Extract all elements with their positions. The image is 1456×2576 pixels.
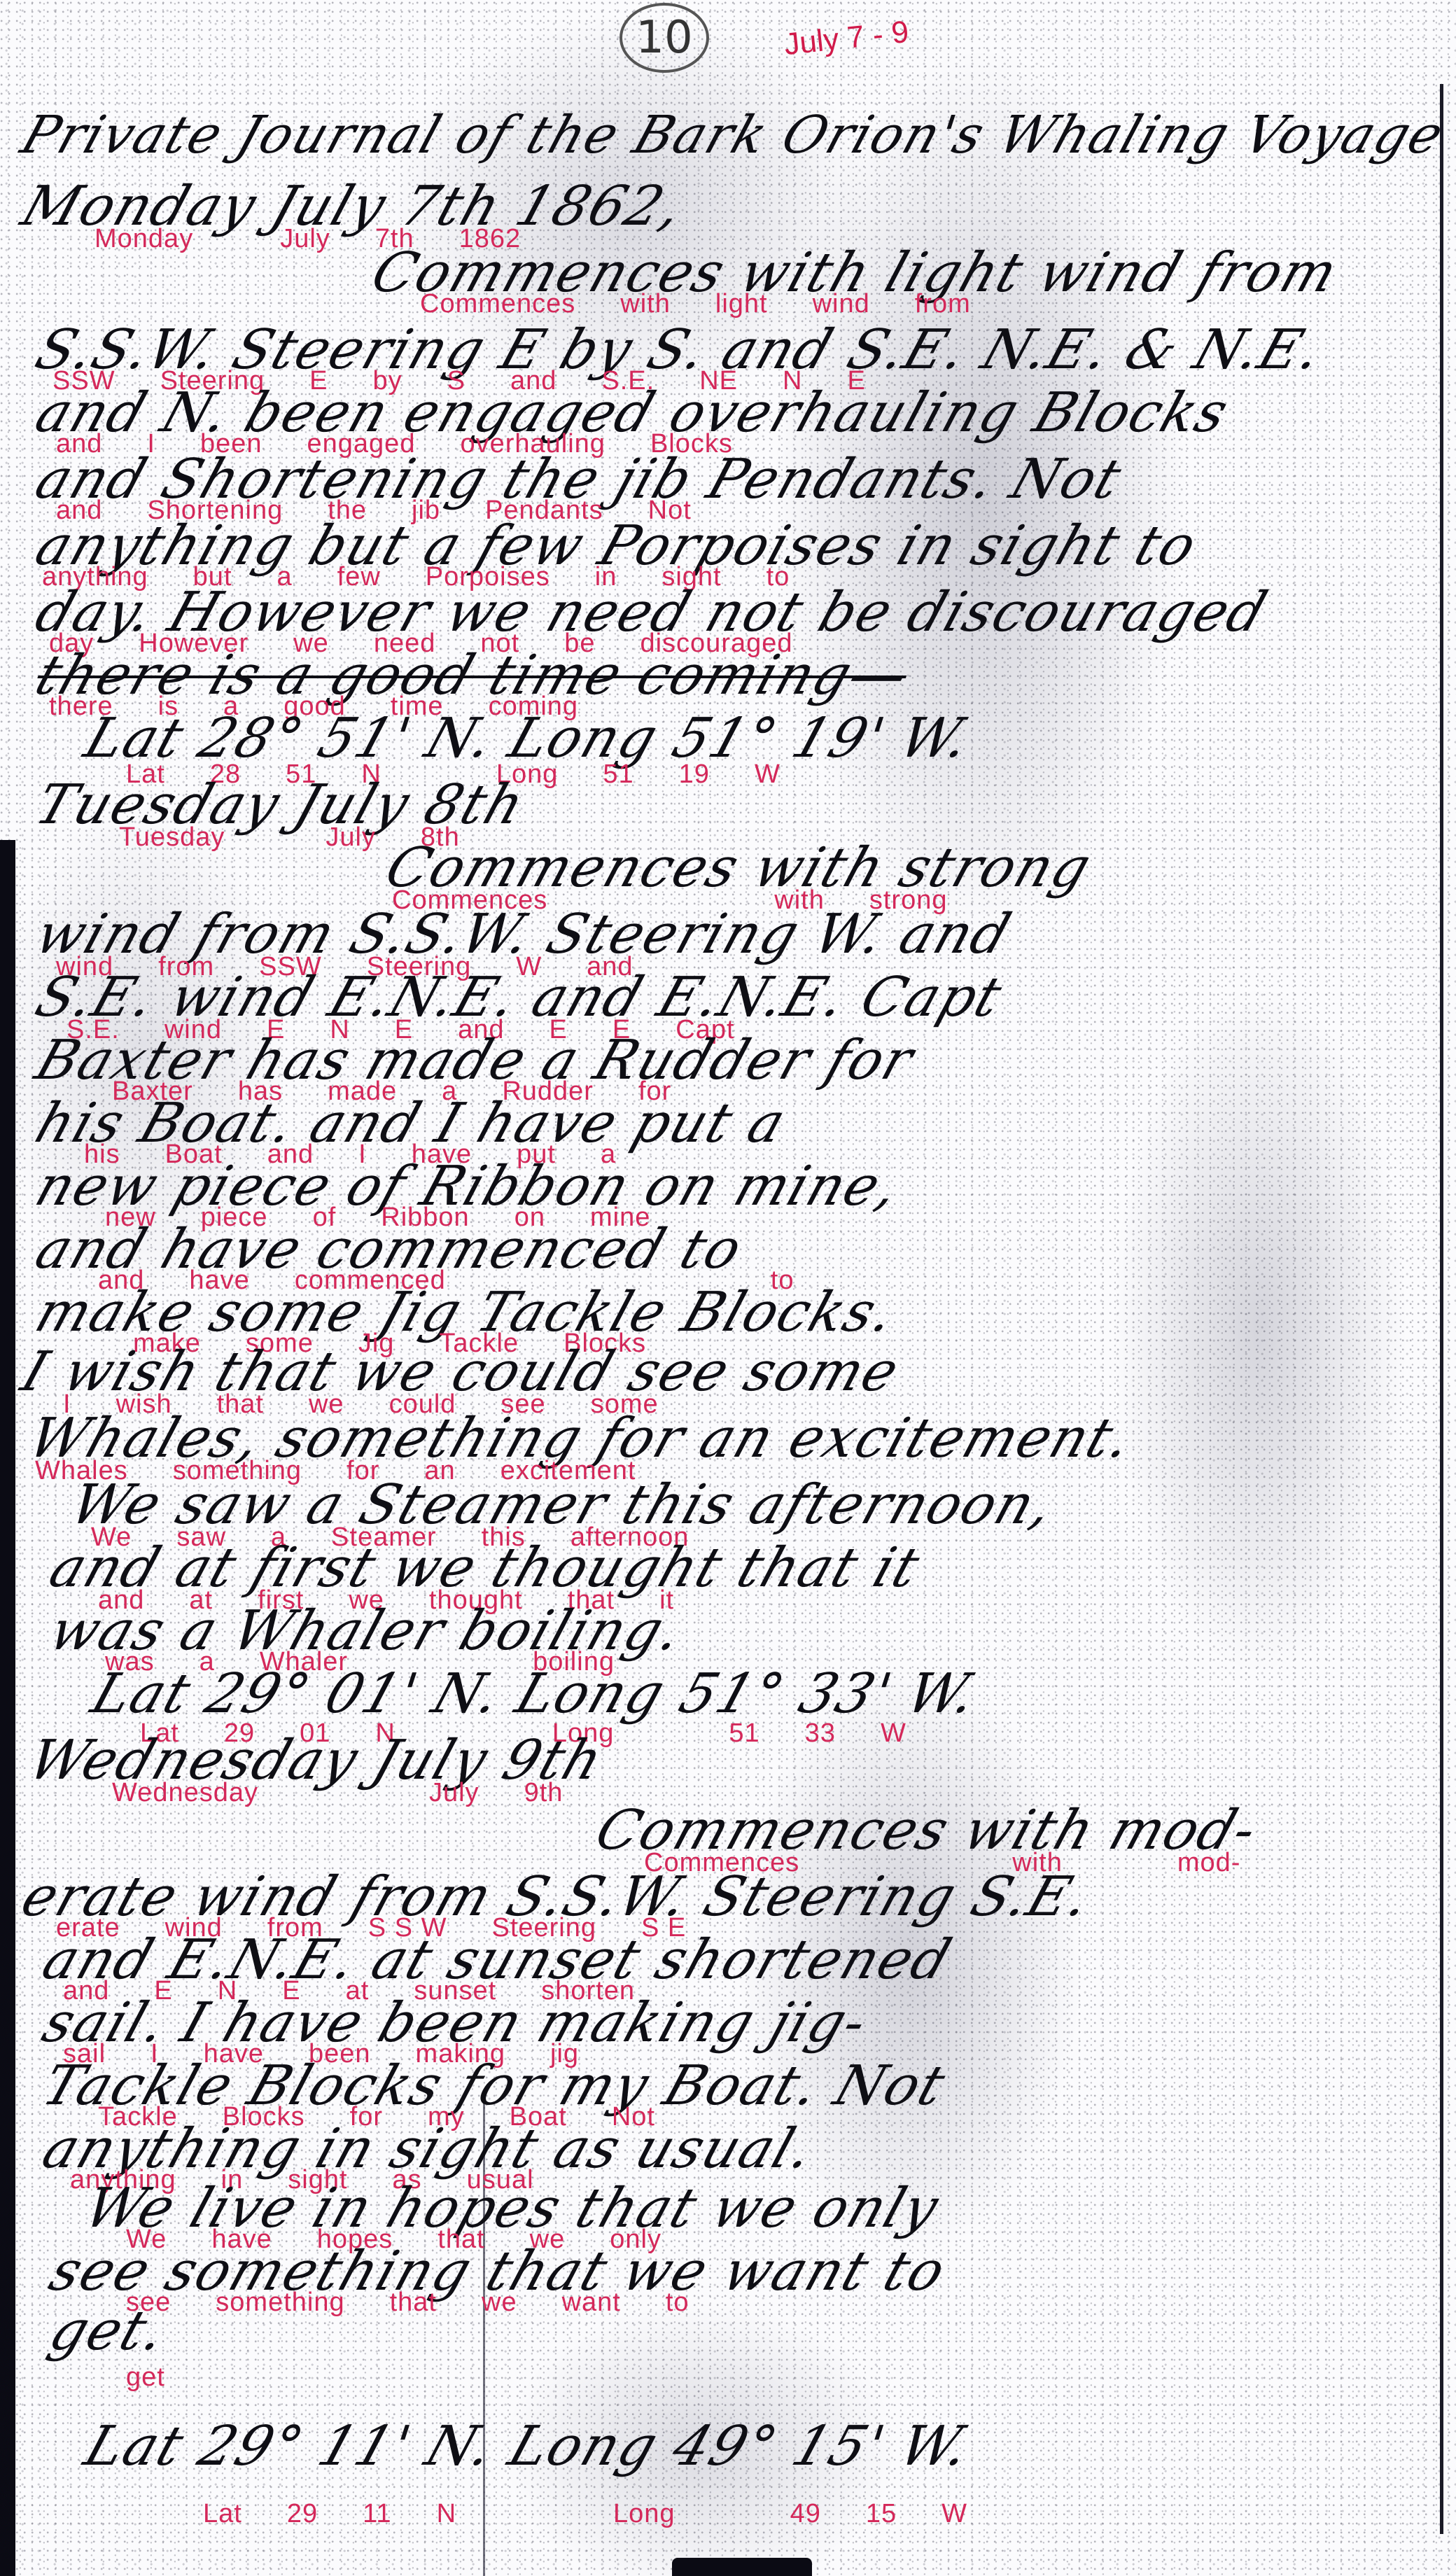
transcription-word: Tuesday xyxy=(119,822,225,853)
journal-title: Private Journal of the Bark Orion's Whal… xyxy=(14,105,1456,165)
transcription-word: 11 xyxy=(363,2499,391,2529)
date-transcription-wednesday: WednesdayJuly9th xyxy=(112,1778,608,1808)
page-number-stamp: 10 xyxy=(619,3,709,73)
transcription-word: that xyxy=(390,2288,437,2318)
lat-long: Lat 29° 01' N. Long 51° 33' W. xyxy=(84,1662,986,1725)
transcription-word: light xyxy=(715,289,768,319)
page-edge-left xyxy=(0,840,15,2576)
lat-long: Lat 29° 11' N. Long 49° 15' W. xyxy=(77,2415,979,2478)
transcription-word: 33 xyxy=(805,1718,836,1749)
transcription-word: 19 xyxy=(679,759,710,790)
manuscript-page: 10 July 7 - 9 Private Journal of the Bar… xyxy=(0,0,1456,2576)
transcription-word: July xyxy=(429,1778,479,1808)
transcription-word: mod- xyxy=(1177,1848,1241,1878)
handwritten-line: get. xyxy=(42,2299,174,2362)
transcription-word: N xyxy=(437,2499,456,2529)
transcription-word: Long xyxy=(613,2499,675,2529)
page-edge-right xyxy=(1440,84,1443,2534)
transcription-word: 51 xyxy=(729,1718,759,1749)
transcription-word: July xyxy=(325,822,376,853)
transcription-word: 15 xyxy=(866,2499,897,2529)
transcription: get xyxy=(126,2362,210,2393)
transcription-word: something xyxy=(216,2288,344,2318)
transcription-word: W xyxy=(881,1718,906,1749)
transcription: seesomethingthatwewantto xyxy=(126,2288,734,2318)
transcription-word: to xyxy=(666,2288,689,2318)
transcription-word: 51 xyxy=(603,759,633,790)
lat-long-transcription: Lat2911NLong4915W xyxy=(203,2499,1012,2529)
transcription-word: W xyxy=(941,2499,967,2529)
transcription-word: want xyxy=(562,2288,621,2318)
page-edge-bottom xyxy=(672,2558,812,2576)
transcription-word: 29 xyxy=(287,2499,318,2529)
transcription-word: Monday xyxy=(94,224,193,254)
page-number: 10 xyxy=(636,12,692,64)
transcription-word: with xyxy=(620,289,671,319)
transcription-word: W xyxy=(755,759,780,790)
transcription-word: we xyxy=(482,2288,517,2318)
transcription-word: Lat xyxy=(203,2499,242,2529)
transcription-word: Commences xyxy=(420,289,575,319)
transcription-word: Wednesday xyxy=(112,1778,258,1808)
transcription-word: from xyxy=(915,289,971,319)
transcription: Commenceswithlightwindfrom xyxy=(420,289,1016,319)
transcription-word: get xyxy=(126,2362,165,2393)
transcription-word: 49 xyxy=(790,2499,821,2529)
transcription-word: 9th xyxy=(524,1778,563,1808)
transcription-word: July xyxy=(280,224,330,254)
transcription-word: wind xyxy=(813,289,870,319)
